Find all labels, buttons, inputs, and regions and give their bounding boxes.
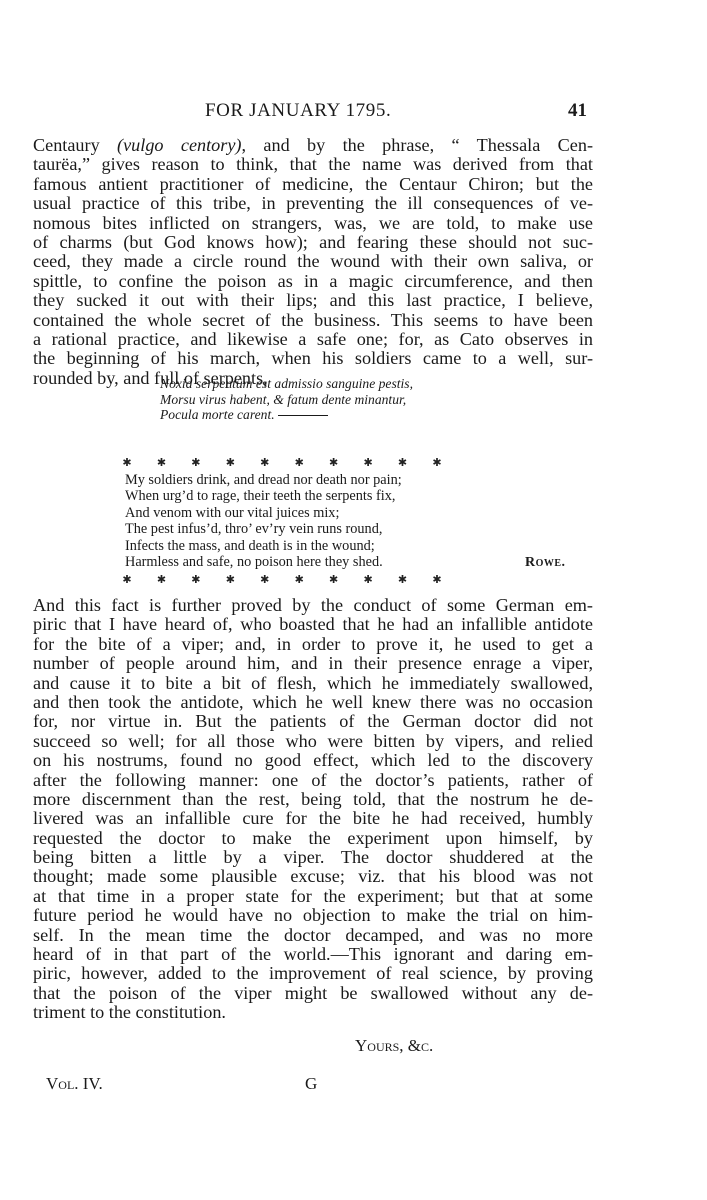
running-title: FOR JANUARY 1795. <box>205 100 391 122</box>
text-line: spittle, to confine the poison as in a m… <box>33 272 593 291</box>
text-line: future period he would have no objection… <box>33 906 593 925</box>
star-icon: ✱ <box>432 574 442 586</box>
star-icon: ✱ <box>398 457 408 469</box>
signature-mark: G <box>305 1074 317 1094</box>
star-icon: ✱ <box>363 574 373 586</box>
running-head: FOR JANUARY 1795. 41 <box>0 100 707 124</box>
text-line: at that time in a proper state for the e… <box>33 887 593 906</box>
text-line: number of people around him, and in thei… <box>33 654 593 673</box>
star-icon: ✱ <box>260 457 270 469</box>
text-line: for the bite of a viper; and, in order t… <box>33 635 593 654</box>
text-line: self. In the mean time the doctor decamp… <box>33 926 593 945</box>
text-line: a rational practice, and likewise a safe… <box>33 330 593 349</box>
star-icon: ✱ <box>363 457 373 469</box>
text-line: more discernment than the rest, being to… <box>33 790 593 809</box>
text-line: thought; made some plausible excuse; viz… <box>33 867 593 886</box>
text-line: nomous bites inflicted on strangers, was… <box>33 214 593 233</box>
text-line: ceed, they made a circle round the wound… <box>33 252 593 271</box>
text-line: of charms (but God knows how); and feari… <box>33 233 593 252</box>
text-line: triment to the constitution. <box>33 1003 593 1022</box>
italic-phrase: (vulgo centory) <box>117 135 241 155</box>
latin-line: Noxia serpentûm est admissio sanguine pe… <box>160 376 413 392</box>
text-line: and then took the antidote, which he wel… <box>33 693 593 712</box>
text-line: livered was an infallible cure for the b… <box>33 809 593 828</box>
text-line: piric that I have heard of, who boasted … <box>33 615 593 634</box>
star-icon: ✱ <box>122 574 132 586</box>
text-line: and cause it to bite a bit of flesh, whi… <box>33 674 593 693</box>
text-line: taurëa,” gives reason to think, that the… <box>33 155 593 174</box>
star-icon: ✱ <box>191 457 201 469</box>
star-icon: ✱ <box>156 574 166 586</box>
text-line: contained the whole secret of the busine… <box>33 311 593 330</box>
star-icon: ✱ <box>329 457 339 469</box>
star-icon: ✱ <box>191 574 201 586</box>
star-icon: ✱ <box>156 457 166 469</box>
poem-line: The pest infus’d, thro’ ev’ry vein runs … <box>125 521 402 537</box>
latin-line: Morsu virus habent, & fatum dente minant… <box>160 392 413 408</box>
text-line: piric, however, added to the improvement… <box>33 964 593 983</box>
text-line: Centaury (vulgo centory), and by the phr… <box>33 136 593 155</box>
text-line: that the poison of the viper might be sw… <box>33 984 593 1003</box>
poem-translation: My soldiers drink, and dread nor death n… <box>125 472 402 570</box>
letter-signoff: Yours, &c. <box>355 1036 433 1056</box>
latin-line: Pocula morte carent. <box>160 407 413 423</box>
poem-line: Infects the mass, and death is in the wo… <box>125 538 402 554</box>
text-line-rest: , and by the phrase, “ Thessala Cen- <box>241 135 593 155</box>
volume-label: Vol. IV. <box>46 1074 103 1094</box>
poem-line: Harmless and safe, no poison here they s… <box>125 554 402 570</box>
text-line: being bitten a little by a viper. The do… <box>33 848 593 867</box>
text-line: for, nor virtue in. But the patients of … <box>33 712 593 731</box>
asterisk-ornament-top: ✱ ✱ ✱ ✱ ✱ ✱ ✱ ✱ ✱ ✱ <box>122 457 442 469</box>
dash-rule <box>278 415 328 417</box>
star-icon: ✱ <box>329 574 339 586</box>
poem-line: My soldiers drink, and dread nor death n… <box>125 472 402 488</box>
poem-line: When urg’d to rage, their teeth the serp… <box>125 488 402 504</box>
book-page: FOR JANUARY 1795. 41 Centaury (vulgo cen… <box>0 0 707 1200</box>
text-line: the beginning of his march, when his sol… <box>33 349 593 368</box>
text-line: they sucked it out with their lips; and … <box>33 291 593 310</box>
text-line: after the following manner: one of the d… <box>33 771 593 790</box>
poem-line: And venom with our vital juices mix; <box>125 505 402 521</box>
poem-attribution: Rowe. <box>525 555 566 571</box>
asterisk-ornament-bottom: ✱ ✱ ✱ ✱ ✱ ✱ ✱ ✱ ✱ ✱ <box>122 574 442 586</box>
star-icon: ✱ <box>122 457 132 469</box>
paragraph-1: Centaury (vulgo centory), and by the phr… <box>33 136 593 388</box>
text-line: usual practice of this tribe, in prevent… <box>33 194 593 213</box>
latin-quotation: Noxia serpentûm est admissio sanguine pe… <box>160 376 413 423</box>
text-line: on his nostrums, found no good effect, w… <box>33 751 593 770</box>
text-line: succeed so well; for all those who were … <box>33 732 593 751</box>
text-line: heard of in that part of the world.—This… <box>33 945 593 964</box>
star-icon: ✱ <box>432 457 442 469</box>
paragraph-2: And this fact is further proved by the c… <box>33 596 593 1023</box>
star-icon: ✱ <box>294 574 304 586</box>
text-line: requested the doctor to make the experim… <box>33 829 593 848</box>
text-line: famous antient practitioner of medicine,… <box>33 175 593 194</box>
text-line: And this fact is further proved by the c… <box>33 596 593 615</box>
page-number: 41 <box>568 100 587 122</box>
star-icon: ✱ <box>294 457 304 469</box>
star-icon: ✱ <box>260 574 270 586</box>
star-icon: ✱ <box>225 574 235 586</box>
star-icon: ✱ <box>225 457 235 469</box>
star-icon: ✱ <box>398 574 408 586</box>
text-line-start: Centaury <box>33 135 117 155</box>
